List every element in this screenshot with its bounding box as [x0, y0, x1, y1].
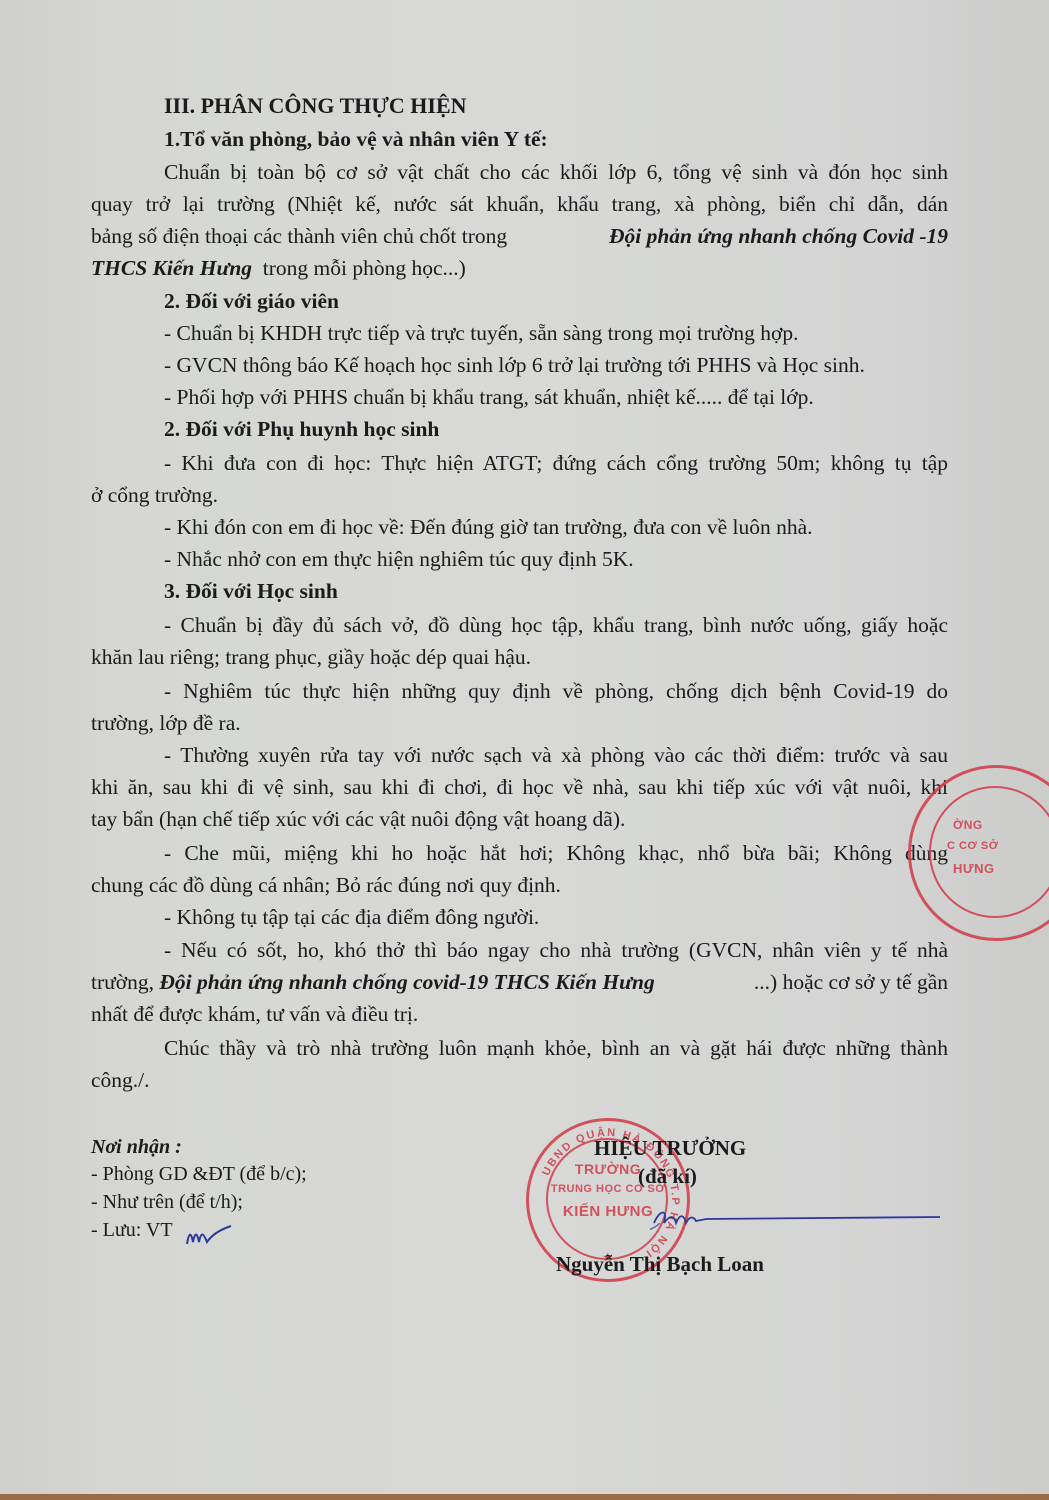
signed-note: (đã kí)	[638, 1162, 697, 1190]
students-heading: 3. Đối với Học sinh	[164, 577, 338, 605]
response-team-name-2: Đội phản ứng nhanh chống covid-19 THCS K…	[159, 970, 654, 994]
students-item-2-cont: trường, lớp đề ra.	[91, 709, 241, 737]
students-item-3-cont-1: khi ăn, sau khi đi vệ sinh, sau khi đi c…	[91, 773, 948, 801]
students-item-5: - Không tụ tập tại các địa điểm đông ngư…	[164, 903, 539, 931]
parents-item-2: - Khi đón con em đi học về: Đến đúng giờ…	[164, 513, 813, 541]
students-item-6-cont: trường, Đội phản ứng nhanh chống covid-1…	[91, 968, 948, 996]
students-item-3-cont-2: tay bẩn (hạn chế tiếp xúc với các vật nu…	[91, 805, 625, 833]
students-item-6-cont-end: ...) hoặc cơ sở y tế gần	[754, 968, 948, 996]
signatory-title: HIỆU TRƯỞNG	[594, 1134, 746, 1162]
part1-line-2: quay trở lại trường (Nhiệt kế, nước sát …	[91, 190, 948, 218]
parents-item-1-cont: ở cổng trường.	[91, 481, 218, 509]
students-item-4-cont: chung các đồ dùng cá nhân; Bỏ rác đúng n…	[91, 871, 561, 899]
part1-line-3-text: bảng số điện thoại các thành viên chủ ch…	[91, 222, 507, 250]
part1-heading: 1.Tổ văn phòng, bảo vệ và nhân viên Y tế…	[164, 125, 548, 153]
part1-line-1: Chuẩn bị toàn bộ cơ sở vật chất cho các …	[164, 158, 948, 186]
parents-heading: 2. Đối với Phụ huynh học sinh	[164, 415, 439, 443]
closing-line-1: Chúc thầy và trò nhà trường luôn mạnh kh…	[164, 1034, 948, 1062]
response-team-name: Đội phản ứng nhanh chống Covid -19	[609, 222, 948, 250]
initials-signature	[185, 1222, 235, 1250]
students-item-6: - Nếu có sốt, ho, khó thở thì báo ngay c…	[164, 936, 948, 964]
students-item-3: - Thường xuyên rửa tay với nước sạch và …	[164, 741, 948, 769]
recipient-3: - Lưu: VT	[91, 1216, 173, 1244]
students-item-6-cont-start: trường, Đội phản ứng nhanh chống covid-1…	[91, 968, 655, 996]
students-item-1-cont: khăn lau riêng; trang phục, giầy hoặc dé…	[91, 643, 531, 671]
students-item-6-final: nhất để được khám, tư vấn và điều trị.	[91, 1000, 418, 1028]
teachers-heading: 2. Đối với giáo viên	[164, 287, 339, 315]
recipient-2: - Như trên (để t/h);	[91, 1188, 243, 1216]
recipient-1: - Phòng GD &ĐT (để b/c);	[91, 1160, 307, 1188]
recipients-heading: Nơi nhận :	[91, 1133, 182, 1161]
section-title: III. PHÂN CÔNG THỰC HIỆN	[164, 92, 467, 120]
signatory-name: Nguyễn Thị Bạch Loan	[556, 1250, 764, 1278]
teachers-item-2: - GVCN thông báo Kế hoạch học sinh lớp 6…	[164, 351, 865, 379]
handwritten-signature	[650, 1205, 950, 1235]
parents-item-3: - Nhắc nhở con em thực hiện nghiêm túc q…	[164, 545, 634, 573]
part1-line-3: bảng số điện thoại các thành viên chủ ch…	[91, 222, 948, 250]
part1-line-4-rest: trong mỗi phòng học...)	[252, 256, 466, 280]
parents-item-1: - Khi đưa con đi học: Thực hiện ATGT; đứ…	[164, 449, 948, 477]
teachers-item-3: - Phối hợp với PHHS chuẩn bị khẩu trang,…	[164, 383, 814, 411]
students-item-4: - Che mũi, miệng khi ho hoặc hắt hơi; Kh…	[164, 839, 948, 867]
paper-bottom-edge	[0, 1494, 1049, 1500]
part1-line-4: THCS Kiến Hưng trong mỗi phòng học...)	[91, 254, 466, 282]
students-item-1: - Chuẩn bị đầy đủ sách vở, đồ dùng học t…	[164, 611, 948, 639]
closing-line-2: công./.	[91, 1066, 150, 1094]
school-name: THCS Kiến Hưng	[91, 256, 252, 280]
students-item-2: - Nghiêm túc thực hiện những quy định về…	[164, 677, 948, 705]
teachers-item-1: - Chuẩn bị KHDH trực tiếp và trực tuyến,…	[164, 319, 799, 347]
